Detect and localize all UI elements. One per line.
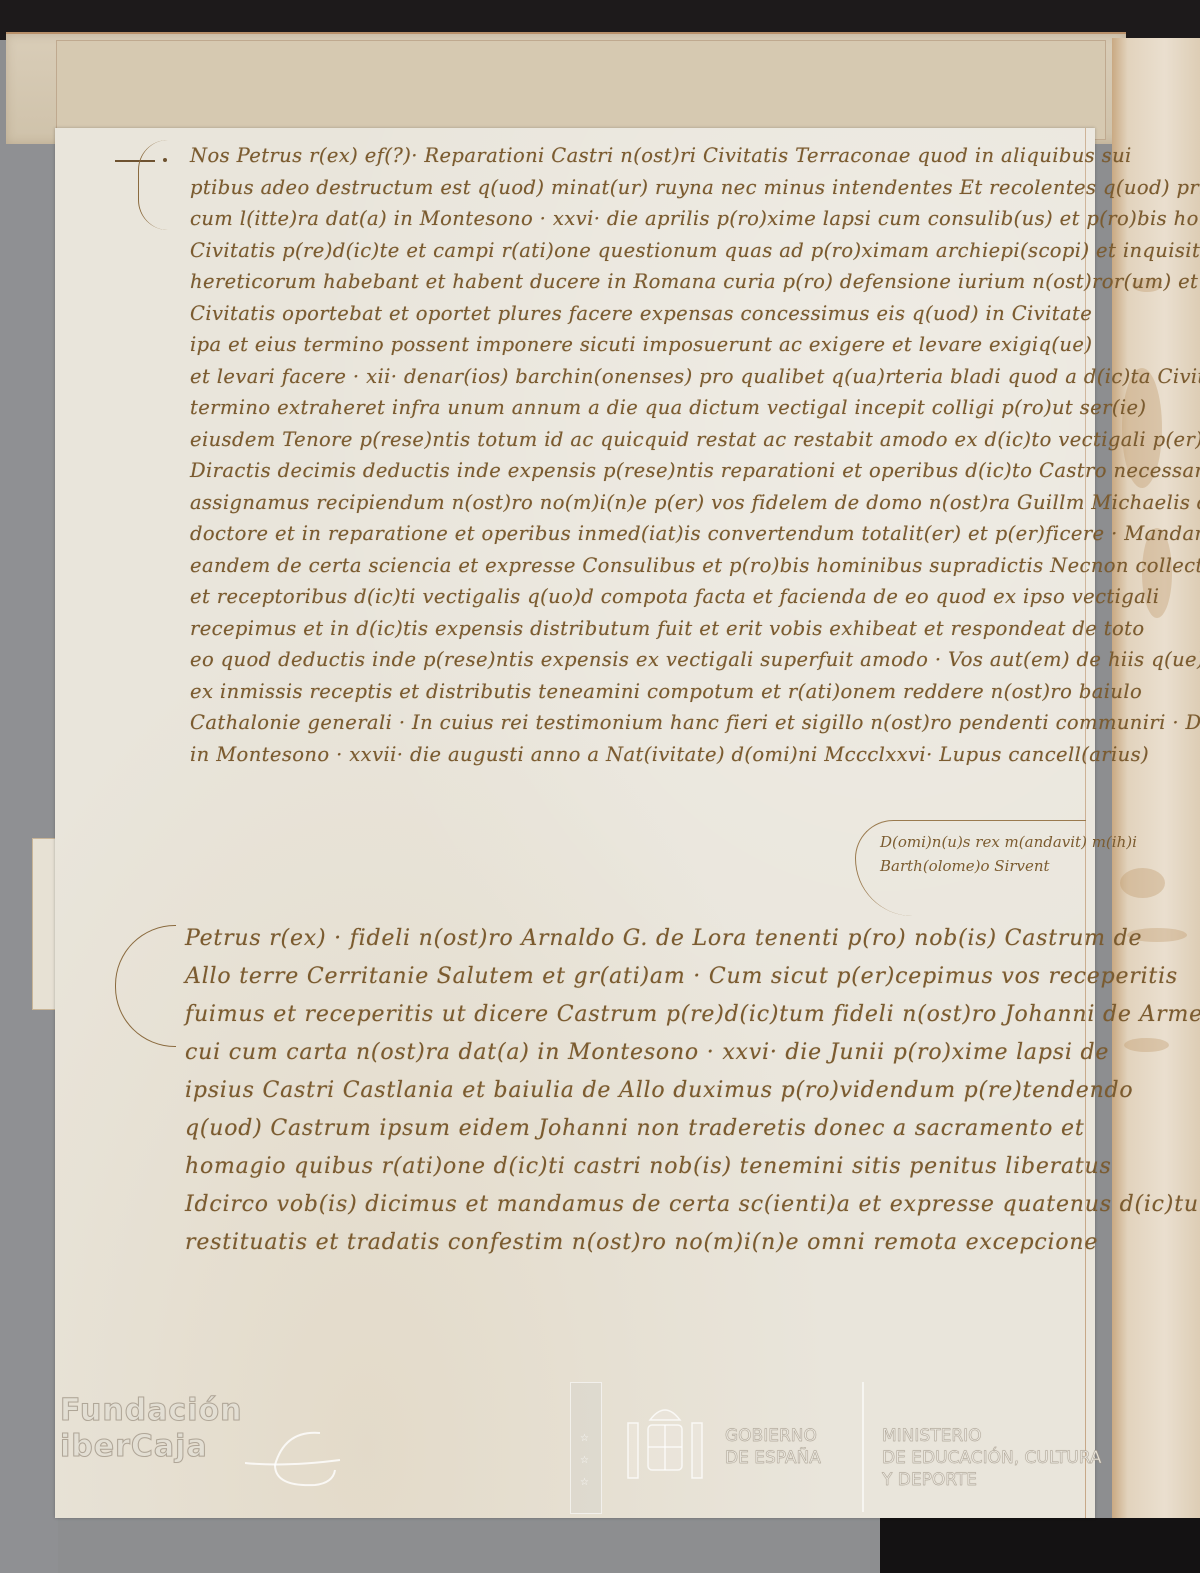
text-line: et receptoribus d(ic)ti vectigalis q(uo)… xyxy=(190,581,1070,613)
text-line: restituatis et tradatis confestim n(ost)… xyxy=(185,1224,1065,1262)
text-line: eandem de certa sciencia et expresse Con… xyxy=(190,550,1070,582)
text-line: fuimus et receperitis ut dicere Castrum … xyxy=(185,996,1065,1034)
dark-background-bottom-right xyxy=(880,1518,1200,1573)
text-line: Nos Petrus r(ex) ef(?)· Reparationi Cast… xyxy=(190,140,1070,172)
watermark-text: GOBIERNO xyxy=(725,1425,821,1447)
text-line: Allo terre Cerritanie Salutem et gr(ati)… xyxy=(185,958,1065,996)
text-line: ptibus adeo destructum est q(uod) minat(… xyxy=(190,172,1070,204)
text-line: termino extraheret infra unum annum a di… xyxy=(190,392,1070,424)
text-line: Diractis decimis deductis inde expensis … xyxy=(190,455,1070,487)
text-line: recepimus et in d(ic)tis expensis distri… xyxy=(190,613,1070,645)
watermark-text: Fundación xyxy=(60,1393,242,1429)
text-line: Petrus r(ex) · fideli n(ost)ro Arnaldo G… xyxy=(185,920,1065,958)
text-line: homagio quibus r(ati)one d(ic)ti castri … xyxy=(185,1148,1065,1186)
watermark-text: MINISTERIO xyxy=(882,1425,1102,1447)
paragraph-bracket-1 xyxy=(138,140,169,230)
text-line: hereticorum habebant et habent ducere in… xyxy=(190,266,1070,298)
text-line: et levari facere · xii· denar(ios) barch… xyxy=(190,361,1070,393)
text-line: assignamus recipiendum n(ost)ro no(m)i(n… xyxy=(190,487,1070,519)
watermark-text: DE EDUCACIÓN, CULTURA xyxy=(882,1447,1102,1469)
star-icon: ☆ xyxy=(580,1433,589,1444)
chancery-signature: D(omi)n(u)s rex m(andavit) m(ih)i Barth(… xyxy=(880,830,1137,878)
ibercaja-logo-icon xyxy=(245,1425,345,1490)
text-line: eiusdem Tenore p(rese)ntis totum id ac q… xyxy=(190,424,1070,456)
text-line: doctore et in reparatione et operibus in… xyxy=(190,518,1070,550)
text-line: Cathalonie generali · In cuius rei testi… xyxy=(190,707,1070,739)
letter-1-text: Nos Petrus r(ex) ef(?)· Reparationi Cast… xyxy=(190,140,1070,770)
watermark-text: Y DEPORTE xyxy=(882,1469,1102,1491)
text-line: ex inmissis receptis et distributis tene… xyxy=(190,676,1070,708)
letter-2-text: Petrus r(ex) · fideli n(ost)ro Arnaldo G… xyxy=(185,920,1065,1262)
text-line: Civitatis p(re)d(ic)te et campi r(ati)on… xyxy=(190,235,1070,267)
text-line: q(uod) Castrum ipsum eidem Johanni non t… xyxy=(185,1110,1065,1148)
star-icon: ☆ xyxy=(580,1477,589,1488)
text-line: cum l(itte)ra dat(a) in Montesono · xxvi… xyxy=(190,203,1070,235)
text-line: Idcirco vob(is) dicimus et mandamus de c… xyxy=(185,1186,1065,1224)
watermark-text: iberCaja xyxy=(60,1429,242,1465)
star-icon: ☆ xyxy=(580,1455,589,1466)
spain-coat-of-arms-icon xyxy=(620,1395,710,1495)
watermark-text: DE ESPAÑA xyxy=(725,1447,821,1469)
watermark-divider xyxy=(862,1382,864,1512)
ministerio-watermark: MINISTERIO DE EDUCACIÓN, CULTURA Y DEPOR… xyxy=(882,1425,1102,1491)
text-line: in Montesono · xxvii· die augusti anno a… xyxy=(190,739,1070,771)
fundacion-ibercaja-watermark: Fundación iberCaja xyxy=(60,1393,242,1465)
text-line: Civitatis oportebat et oportet plures fa… xyxy=(190,298,1070,330)
text-line: cui cum carta n(ost)ra dat(a) in Monteso… xyxy=(185,1034,1065,1072)
text-line: eo quod deductis inde p(rese)ntis expens… xyxy=(190,644,1070,676)
gobierno-espana-watermark: GOBIERNO DE ESPAÑA xyxy=(725,1425,821,1469)
text-line: ipa et eius termino possent imponere sic… xyxy=(190,329,1070,361)
spain-gov-bar: ☆ ☆ ☆ xyxy=(570,1382,602,1514)
signature-line: Barth(olome)o Sirvent xyxy=(880,854,1137,878)
signature-line: D(omi)n(u)s rex m(andavit) m(ih)i xyxy=(880,830,1137,854)
text-line: ipsius Castri Castlania et baiulia de Al… xyxy=(185,1072,1065,1110)
